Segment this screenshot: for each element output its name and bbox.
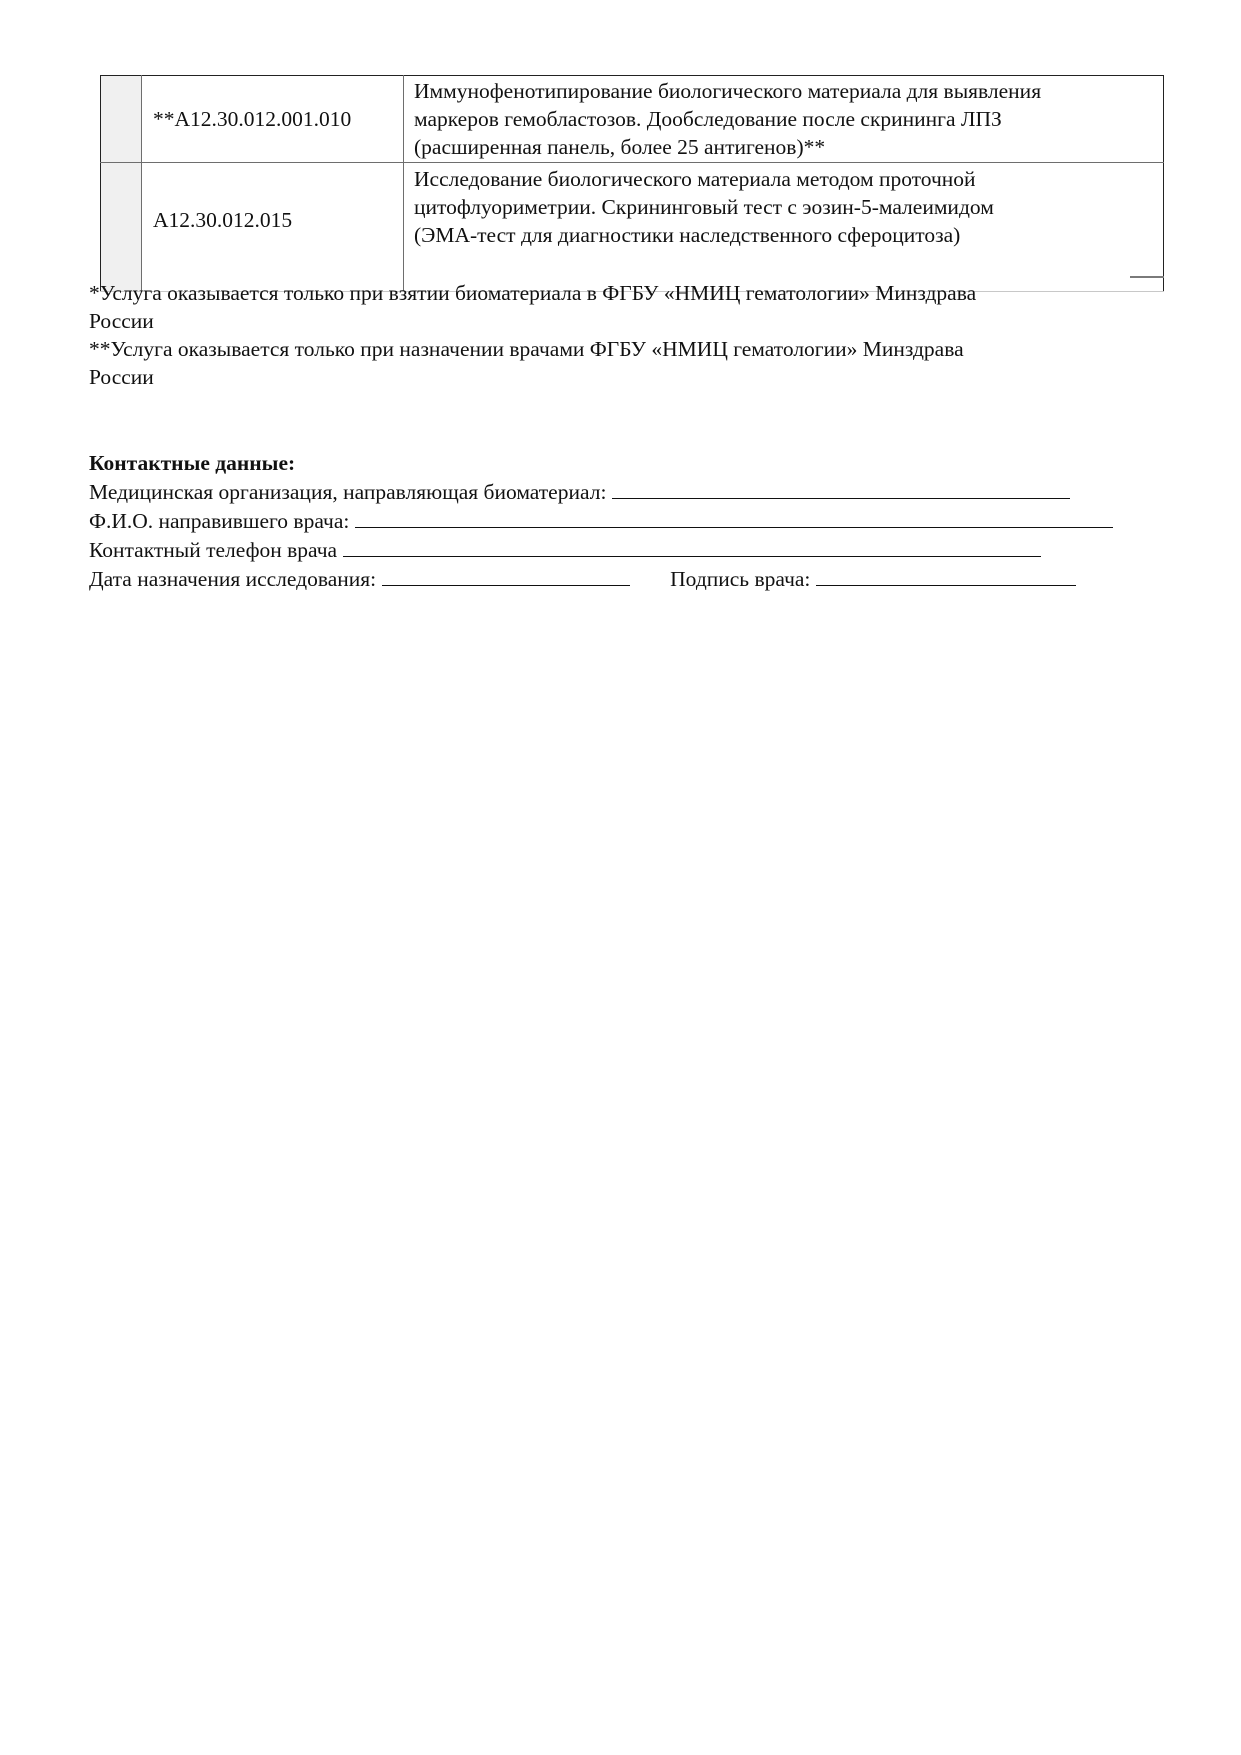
footnotes: *Услуга оказывается только при взятии би…: [89, 279, 1169, 391]
services-table: **A12.30.012.001.010 Иммунофенотипирован…: [100, 75, 1164, 292]
service-description: Иммунофенотипирование биологического мат…: [404, 76, 1164, 163]
footnote-2: **Услуга оказывается только при назначен…: [89, 335, 1169, 363]
description-line: Иммунофенотипирование биологического мат…: [414, 77, 1157, 105]
signature-label: Подпись врача:: [670, 567, 810, 591]
org-label: Медицинская организация, направляющая би…: [89, 480, 606, 504]
description-line: маркеров гемобластозов. Дообследование п…: [414, 105, 1157, 133]
org-field[interactable]: [612, 478, 1070, 499]
row-marker-cell[interactable]: [101, 163, 142, 292]
date-signature-row: Дата назначения исследования:Подпись вра…: [89, 565, 1189, 594]
signature-field[interactable]: [816, 565, 1076, 586]
date-field[interactable]: [382, 565, 630, 586]
phone-label: Контактный телефон врача: [89, 538, 337, 562]
row-marker-cell[interactable]: [101, 76, 142, 163]
org-row: Медицинская организация, направляющая би…: [89, 478, 1189, 507]
table-row: **A12.30.012.001.010 Иммунофенотипирован…: [101, 76, 1164, 163]
phone-row: Контактный телефон врача: [89, 536, 1189, 565]
footnote-1-continuation: России: [89, 307, 1169, 335]
doctor-name-field[interactable]: [355, 507, 1113, 528]
footnote-2-continuation: России: [89, 363, 1169, 391]
footnote-1: *Услуга оказывается только при взятии би…: [89, 279, 1169, 307]
contact-section: Контактные данные: Медицинская организац…: [89, 449, 1189, 594]
service-code: **A12.30.012.001.010: [142, 76, 404, 163]
description-line: цитофлуориметрии. Скрининговый тест с эо…: [414, 193, 1157, 221]
service-code: A12.30.012.015: [142, 163, 404, 292]
date-label: Дата назначения исследования:: [89, 567, 376, 591]
description-line: (расширенная панель, более 25 антигенов)…: [414, 133, 1157, 161]
doctor-name-label: Ф.И.О. направившего врача:: [89, 509, 349, 533]
doctor-name-row: Ф.И.О. направившего врача:: [89, 507, 1189, 536]
description-line: Исследование биологического материала ме…: [414, 165, 1157, 193]
table-border-fragment: [1130, 276, 1164, 278]
description-line: (ЭМА-тест для диагностики наследственног…: [414, 221, 1157, 249]
phone-field[interactable]: [343, 536, 1041, 557]
service-description: Исследование биологического материала ме…: [404, 163, 1164, 292]
contact-section-title: Контактные данные:: [89, 449, 1189, 478]
table-row: A12.30.012.015 Исследование биологическо…: [101, 163, 1164, 292]
